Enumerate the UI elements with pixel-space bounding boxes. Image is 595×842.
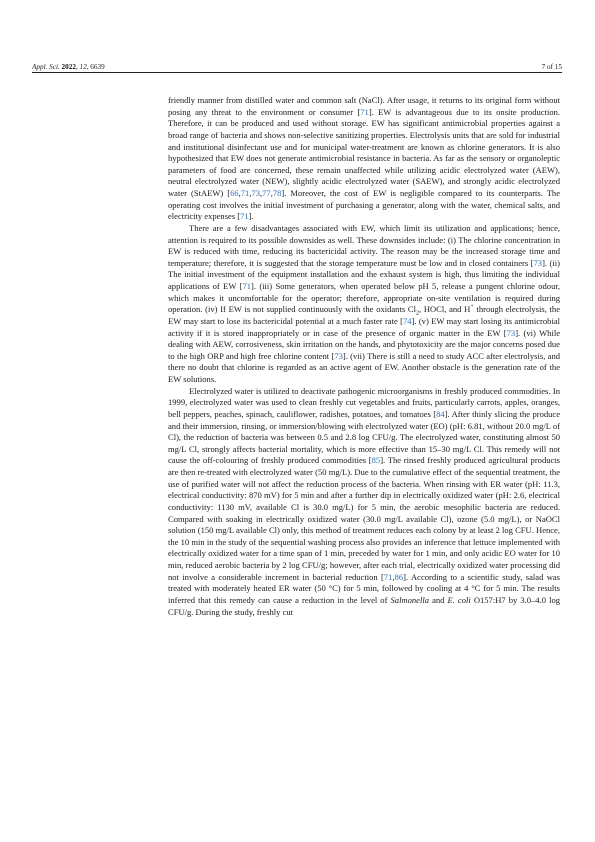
citation-link[interactable]: 71 — [360, 107, 369, 117]
journal-year: 2022 — [62, 63, 76, 71]
citation-link[interactable]: 71 — [384, 572, 393, 582]
citation-link[interactable]: 71 — [242, 281, 251, 291]
running-header: Appl. Sci. 2022, 12, 6639 7 of 15 — [32, 57, 562, 71]
journal-abbrev: Appl. Sci. — [32, 63, 60, 71]
superscript: + — [470, 304, 473, 310]
citation-link[interactable]: 71 — [241, 188, 250, 198]
citation-link[interactable]: 73 — [251, 188, 260, 198]
header-rule — [32, 72, 562, 73]
citation-link[interactable]: 86 — [395, 572, 404, 582]
page-number: 7 of 15 — [542, 63, 562, 71]
citation-link[interactable]: 78 — [273, 188, 282, 198]
paragraph-1: friendly manner from distilled water and… — [168, 95, 560, 223]
italic-term: Salmonella — [391, 595, 429, 605]
paragraph-2: There are a few disadvantages associated… — [168, 223, 560, 386]
article-number: 6639 — [90, 63, 104, 71]
citation-link[interactable]: 85 — [372, 455, 381, 465]
citation-link[interactable]: 66 — [230, 188, 239, 198]
subscript: 2 — [416, 311, 419, 317]
citation-link[interactable]: 73 — [534, 258, 543, 268]
italic-term: E. coli — [447, 595, 470, 605]
journal-citation: Appl. Sci. 2022, 12, 6639 — [32, 63, 105, 71]
citation-link[interactable]: 71 — [240, 211, 249, 221]
citation-link[interactable]: 84 — [436, 409, 445, 419]
body-text: friendly manner from distilled water and… — [168, 95, 560, 618]
citation-link[interactable]: 74 — [403, 316, 412, 326]
paragraph-3: Electrolyzed water is utilized to deacti… — [168, 386, 560, 619]
citation-link[interactable]: 73 — [507, 328, 516, 338]
citation-link[interactable]: 77 — [262, 188, 271, 198]
journal-volume: 12 — [80, 63, 87, 71]
citation-link[interactable]: 73 — [334, 351, 343, 361]
